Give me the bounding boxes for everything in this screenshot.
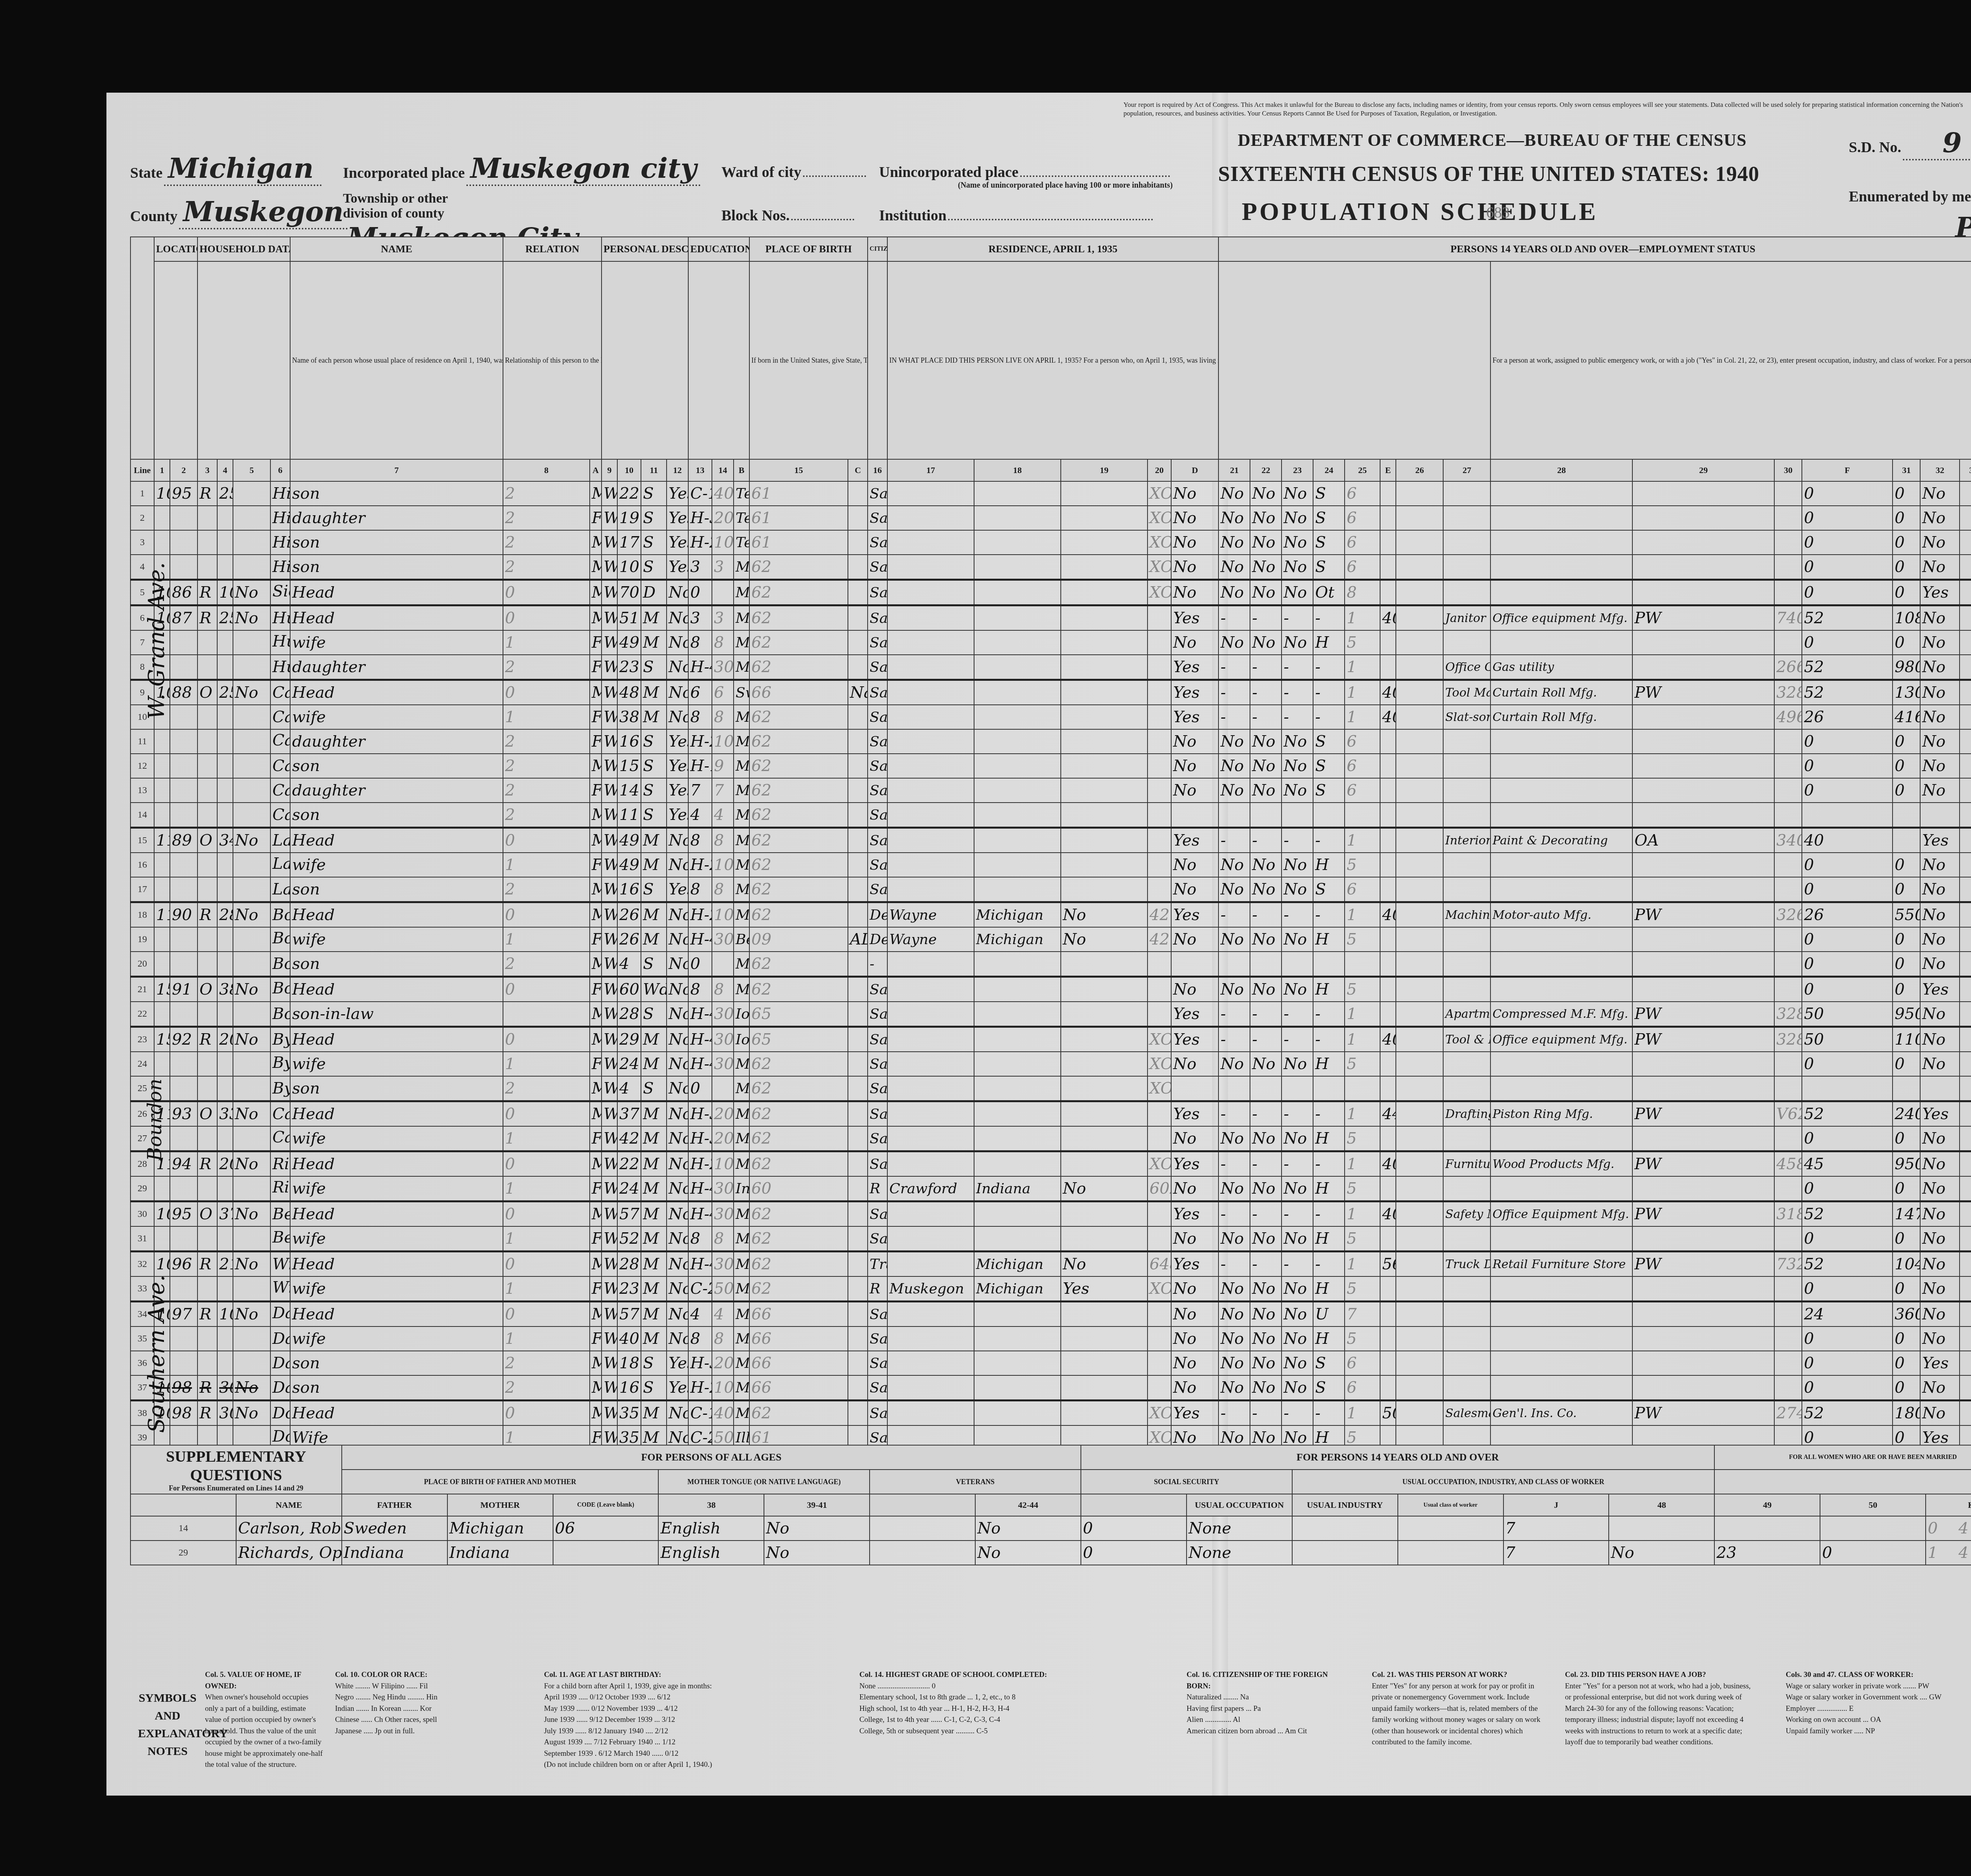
cell-c23: No xyxy=(1250,1126,1282,1151)
cell-res-county xyxy=(887,1052,974,1076)
stamp-number: 683 xyxy=(1486,203,1510,222)
cell-sex: M xyxy=(590,580,602,605)
cell-school: No xyxy=(667,1401,688,1426)
cell-c22: No xyxy=(1218,580,1250,605)
cell-code-e: 5 xyxy=(1345,927,1380,952)
cell-tenure xyxy=(197,754,217,778)
cell-c23: - xyxy=(1250,1401,1282,1426)
cell-birthplace: Indiana xyxy=(734,1176,749,1202)
person-name: Davis, Marion xyxy=(272,1304,290,1322)
cell-c32: 1475 xyxy=(1893,1202,1920,1227)
table-row: 14Carlson, Robertson2MW11SYes44Michigan6… xyxy=(130,803,1971,828)
person-name: Hicks, Robert xyxy=(272,533,290,551)
cell-code-f xyxy=(1774,1052,1802,1076)
cell-code-b: 10 xyxy=(712,1375,734,1401)
cell-value: 10 xyxy=(217,1302,233,1327)
cell-code-c: 62 xyxy=(749,1252,848,1277)
cell-c24: - xyxy=(1282,1202,1313,1227)
cell-sex: M xyxy=(590,1101,602,1127)
cell-res-city: Same House xyxy=(868,1226,887,1252)
cell-farm35 xyxy=(1061,705,1148,729)
person-name: Dornbos, Vivian xyxy=(272,1427,290,1446)
cell-name: Hicks, Miltonad xyxy=(270,481,290,506)
cell-citizenship xyxy=(848,530,868,555)
cell-c23: - xyxy=(1250,1252,1282,1277)
cell-age: 42 xyxy=(617,1126,641,1151)
cell-c26 xyxy=(1380,506,1396,530)
cell-grade: H-2 xyxy=(688,1375,712,1401)
cell-relation: wife xyxy=(290,1052,503,1076)
cell-occupation xyxy=(1443,1276,1490,1302)
cell-res-county xyxy=(887,1027,974,1052)
cell-marital: M xyxy=(641,1252,667,1277)
cell-grade: C-1 xyxy=(688,481,712,506)
cell-occupation xyxy=(1443,729,1490,754)
cell-sex: M xyxy=(590,902,602,928)
cell-sex: M xyxy=(590,680,602,705)
cell-street-no: 1105 xyxy=(154,902,170,928)
cell-res-state xyxy=(974,506,1061,530)
cell-grade: H-3 xyxy=(688,1351,712,1375)
all-ages-header: FOR PERSONS OF ALL AGES xyxy=(342,1445,1081,1470)
cell-res-state xyxy=(974,1351,1061,1375)
cell-relation: son xyxy=(290,952,503,977)
cell-c26: 40 xyxy=(1380,705,1396,729)
cell-school: Yes xyxy=(667,530,688,555)
cell-grade: H-4 xyxy=(688,1202,712,1227)
cell-code-f xyxy=(1774,803,1802,828)
cell-code-f xyxy=(1774,877,1802,902)
cell-code-a: 2 xyxy=(503,754,590,778)
cell-class xyxy=(1632,530,1774,555)
cell-industry: Gen'l. Ins. Co. xyxy=(1490,1401,1632,1426)
cell-c22: - xyxy=(1218,1101,1250,1127)
cell-value: 2500 xyxy=(217,680,233,705)
incorporated-place-label: Incorporated place xyxy=(343,165,465,181)
name-header: NAME xyxy=(290,237,503,261)
cell-c25: H xyxy=(1313,1126,1345,1151)
table-row: 35Davis, Audreywife1FW40MNo88Missouri66S… xyxy=(130,1326,1971,1351)
cell-race: W xyxy=(602,803,617,828)
cell-age: 16 xyxy=(617,877,641,902)
cell-birthplace: Iowa xyxy=(734,1027,749,1052)
cell-c34 xyxy=(1960,1176,1971,1202)
person-name: Boyle, Josephine xyxy=(272,979,290,997)
birth-instructions: If born in the United States, give State… xyxy=(749,261,868,459)
cell-street-no xyxy=(154,1052,170,1076)
cell-code-b: 10 xyxy=(712,1151,734,1177)
cell-c31: 50 xyxy=(1802,1027,1893,1052)
cell-school: No xyxy=(667,1076,688,1101)
cell-code-a: 1 xyxy=(503,853,590,877)
cell-c23: No xyxy=(1250,1176,1282,1202)
cell-value: 30 xyxy=(217,1401,233,1426)
cell-c24 xyxy=(1282,803,1313,828)
cell-birthplace: Michigan xyxy=(734,803,749,828)
cell-c23: No xyxy=(1250,506,1282,530)
cell-c25: U xyxy=(1313,1302,1345,1327)
cell-code-d xyxy=(1148,803,1171,828)
cell-c24: No xyxy=(1282,754,1313,778)
cell-farm35 xyxy=(1061,1151,1148,1177)
cell-c26: 50 xyxy=(1380,1401,1396,1426)
cell-marital: M xyxy=(641,1276,667,1302)
supp-cell-name: Richards, Opal xyxy=(236,1541,342,1565)
cell-class: PW xyxy=(1632,1252,1774,1277)
person-name: Byro, Donald xyxy=(272,1079,290,1097)
cell-code-d xyxy=(1148,853,1171,877)
cell-c31: 0 xyxy=(1802,1226,1893,1252)
cell-industry xyxy=(1490,580,1632,605)
cell-code-c: 62 xyxy=(749,853,848,877)
cell-c33 xyxy=(1920,803,1960,828)
person-name: Larsen, Julius xyxy=(272,831,290,850)
cell-class xyxy=(1632,1076,1774,1101)
cell-industry xyxy=(1490,977,1632,1002)
cell-value: 25 xyxy=(217,605,233,631)
cell-c27 xyxy=(1396,555,1443,580)
cell-tenure xyxy=(197,1176,217,1202)
cell-class xyxy=(1632,1226,1774,1252)
cell-code-e: 1 xyxy=(1345,1401,1380,1426)
column-number: 6 xyxy=(270,459,290,481)
cell-grade: H-3 xyxy=(688,1101,712,1127)
cell-c34 xyxy=(1960,555,1971,580)
cell-school: Yes xyxy=(667,778,688,803)
cell-c22: - xyxy=(1218,828,1250,853)
table-row: 19Boksai, Delphinexwife1FW26MNoH-430Belg… xyxy=(130,927,1971,952)
cell-grade: H-4 xyxy=(688,1052,712,1076)
cell-age: 16 xyxy=(617,1375,641,1401)
cell-c27 xyxy=(1396,803,1443,828)
cell-c24: No xyxy=(1282,1326,1313,1351)
cell-race: W xyxy=(602,481,617,506)
cell-farm35 xyxy=(1061,655,1148,680)
column-number: 10 xyxy=(617,459,641,481)
cell-name: Davis, Leon xyxy=(270,1351,290,1375)
cell-res-county xyxy=(887,877,974,902)
table-row: 16Larsen, Sadiexwife1FW49MNoH-210Michiga… xyxy=(130,853,1971,877)
cell-farm35 xyxy=(1061,605,1148,631)
cell-age: 57 xyxy=(617,1302,641,1327)
cell-tenure xyxy=(197,1052,217,1076)
cell-value xyxy=(217,778,233,803)
cell-farm35 xyxy=(1061,481,1148,506)
cell-farm: No xyxy=(233,605,270,631)
cell-marital: M xyxy=(641,1326,667,1351)
cell-birthplace: Michigan xyxy=(734,977,749,1002)
line-number: 20 xyxy=(130,952,154,977)
cell-marital: M xyxy=(641,1302,667,1327)
cell-c21: Yes xyxy=(1171,1202,1218,1227)
table-row: 18110590R28NoBoksai, StevenHead0MW26MNoH… xyxy=(130,902,1971,928)
cell-visit xyxy=(170,952,197,977)
cell-c27 xyxy=(1396,1252,1443,1277)
cell-school: Yes xyxy=(667,506,688,530)
cell-code-b: 8 xyxy=(712,705,734,729)
cell-c26: 40 xyxy=(1380,1027,1396,1052)
cell-marital: S xyxy=(641,481,667,506)
cell-sex: F xyxy=(590,506,602,530)
person-name: Byro, Charlotte xyxy=(272,1054,290,1072)
sd-value: 9 xyxy=(1903,126,1971,160)
cell-industry xyxy=(1490,1302,1632,1327)
cell-farm35 xyxy=(1061,1101,1148,1127)
cell-farm xyxy=(233,481,270,506)
cell-age: 11 xyxy=(617,803,641,828)
cell-farm xyxy=(233,1126,270,1151)
county-field: County Muskegon xyxy=(130,195,348,229)
cell-c27 xyxy=(1396,853,1443,877)
cell-class xyxy=(1632,481,1774,506)
cell-c24: - xyxy=(1282,605,1313,631)
cell-c22: No xyxy=(1218,877,1250,902)
cell-marital: S xyxy=(641,555,667,580)
cell-code-d xyxy=(1148,1002,1171,1027)
cell-sex: F xyxy=(590,1276,602,1302)
unincorporated-field: Unincorporated place (Name of unincorpor… xyxy=(879,164,1173,190)
supp-cell-c39: No xyxy=(764,1541,870,1565)
cell-street-no xyxy=(154,952,170,977)
cell-code-c: 62 xyxy=(749,754,848,778)
cell-res-city: Same House xyxy=(868,828,887,853)
supplementary-title: SUPPLEMENTARY QUESTIONS For Persons Enum… xyxy=(130,1445,342,1494)
cell-code-e: 5 xyxy=(1345,1176,1380,1202)
cell-c21: Yes xyxy=(1171,1252,1218,1277)
block-label: Block Nos. xyxy=(721,207,790,224)
location-header: LOCATION xyxy=(154,237,197,261)
cell-sex: M xyxy=(590,1375,602,1401)
cell-name: Boyle, Clyde xyxy=(270,1002,290,1027)
cell-relation: wife xyxy=(290,927,503,952)
cell-c31: 0 xyxy=(1802,778,1893,803)
cell-farm xyxy=(233,655,270,680)
cell-code-b xyxy=(712,1076,734,1101)
cell-c22: No xyxy=(1218,1052,1250,1076)
cell-c32: 0 xyxy=(1893,853,1920,877)
cell-c34 xyxy=(1960,977,1971,1002)
cell-farm35 xyxy=(1061,1126,1148,1151)
cell-c21: No xyxy=(1171,481,1218,506)
cell-c23: - xyxy=(1250,828,1282,853)
cell-birthplace: Sweden xyxy=(734,680,749,705)
cell-farm: No xyxy=(233,680,270,705)
cell-relation: wife xyxy=(290,1226,503,1252)
line-number: 32 xyxy=(130,1252,154,1277)
cell-farm35 xyxy=(1061,754,1148,778)
cell-code-a: 1 xyxy=(503,1052,590,1076)
cell-c24: - xyxy=(1282,1002,1313,1027)
cell-c24: No xyxy=(1282,530,1313,555)
cell-code-f xyxy=(1774,1176,1802,1202)
cell-c31 xyxy=(1802,803,1893,828)
cell-c33: No xyxy=(1920,927,1960,952)
cell-code-a: 1 xyxy=(503,630,590,655)
cell-tenure: R xyxy=(197,1027,217,1052)
cell-c33: No xyxy=(1920,481,1960,506)
cell-birthplace: Michigan xyxy=(734,1101,749,1127)
cell-school: No xyxy=(667,1252,688,1277)
cell-occupation xyxy=(1443,1375,1490,1401)
cell-code-a: 2 xyxy=(503,803,590,828)
cell-name: Richards, Henry xyxy=(270,1151,290,1177)
cell-c25: H xyxy=(1313,1052,1345,1076)
cell-code-a: 2 xyxy=(503,481,590,506)
cell-res-county xyxy=(887,1326,974,1351)
cell-res-county xyxy=(887,680,974,705)
cell-c22: - xyxy=(1218,1202,1250,1227)
cell-race: W xyxy=(602,877,617,902)
cell-res-county xyxy=(887,1002,974,1027)
cell-code-d xyxy=(1148,1351,1171,1375)
cell-c22: No xyxy=(1218,506,1250,530)
cell-grade: 8 xyxy=(688,630,712,655)
cell-c27 xyxy=(1396,877,1443,902)
cell-marital: M xyxy=(641,1401,667,1426)
cell-school: No xyxy=(667,1052,688,1076)
cell-occupation xyxy=(1443,853,1490,877)
person-name: Boksai, Delphine xyxy=(272,929,290,947)
cell-code-e: 6 xyxy=(1345,530,1380,555)
line-number: 12 xyxy=(130,754,154,778)
supp-cell-tongue: English xyxy=(658,1516,764,1541)
cell-sex: M xyxy=(590,1002,602,1027)
cell-code-d xyxy=(1148,1326,1171,1351)
cell-c24: No xyxy=(1282,778,1313,803)
cell-res-county xyxy=(887,481,974,506)
cell-marital: S xyxy=(641,877,667,902)
cell-c24: - xyxy=(1282,828,1313,853)
cell-age: 16 xyxy=(617,729,641,754)
person-name: Richards, Henry xyxy=(272,1155,290,1173)
cell-c26 xyxy=(1380,803,1396,828)
cell-code-e: 5 xyxy=(1345,1126,1380,1151)
cell-code-a: 2 xyxy=(503,877,590,902)
cell-industry xyxy=(1490,754,1632,778)
cell-birthplace: Michigan xyxy=(734,729,749,754)
cell-c23: - xyxy=(1250,902,1282,928)
cell-c25: S xyxy=(1313,506,1345,530)
cell-c23: - xyxy=(1250,1101,1282,1127)
cell-occupation xyxy=(1443,580,1490,605)
cell-c33: No xyxy=(1920,1002,1960,1027)
cell-farm xyxy=(233,530,270,555)
cell-c25: - xyxy=(1313,1252,1345,1277)
cell-c31: 24 xyxy=(1802,1302,1893,1327)
cell-c25: H xyxy=(1313,630,1345,655)
cell-c24: No xyxy=(1282,729,1313,754)
cell-code-b: 30 xyxy=(712,1252,734,1277)
cell-c27 xyxy=(1396,1375,1443,1401)
cell-citizenship xyxy=(848,1002,868,1027)
cell-res-state xyxy=(974,1052,1061,1076)
cell-c34 xyxy=(1960,1101,1971,1127)
cell-code-a: 1 xyxy=(503,705,590,729)
cell-c27 xyxy=(1396,952,1443,977)
cell-citizenship xyxy=(848,705,868,729)
cell-farm35: No xyxy=(1061,1252,1148,1277)
cell-value: 20 xyxy=(217,1151,233,1177)
cell-sex: F xyxy=(590,927,602,952)
cell-name: Hulburt, Roberta xyxy=(270,655,290,680)
cell-visit: 87 xyxy=(170,605,197,631)
table-row: 6108787R25NoHulburt, JeromeHead0MW51MNo3… xyxy=(130,605,1971,631)
cell-birthplace: Michigan xyxy=(734,630,749,655)
cell-c32: 416 xyxy=(1893,705,1920,729)
cell-c31: 52 xyxy=(1802,1101,1893,1127)
cell-sex: F xyxy=(590,1126,602,1151)
cell-code-c: 62 xyxy=(749,778,848,803)
cell-race: W xyxy=(602,555,617,580)
cell-c21: No xyxy=(1171,1375,1218,1401)
cell-code-d xyxy=(1148,952,1171,977)
column-number: E xyxy=(1380,459,1396,481)
cell-grade: H-4 xyxy=(688,1002,712,1027)
cell-c21: No xyxy=(1171,630,1218,655)
cell-c33: No xyxy=(1920,530,1960,555)
cell-code-a: 0 xyxy=(503,680,590,705)
cell-sex: M xyxy=(590,754,602,778)
cell-occupation: Janitor xyxy=(1443,605,1490,631)
cell-school: No xyxy=(667,902,688,928)
cell-c27 xyxy=(1396,729,1443,754)
cell-value xyxy=(217,1276,233,1302)
cell-race: W xyxy=(602,605,617,631)
unincorporated-note: (Name of unincorporated place having 100… xyxy=(958,181,1173,190)
column-number: 18 xyxy=(974,459,1061,481)
cell-c23: - xyxy=(1250,1202,1282,1227)
cell-race: W xyxy=(602,1052,617,1076)
cell-age: 57 xyxy=(617,1202,641,1227)
cell-marital: M xyxy=(641,605,667,631)
cell-street-no xyxy=(154,778,170,803)
cell-marital: S xyxy=(641,754,667,778)
cell-birthplace: Michigan xyxy=(734,902,749,928)
cell-c31: 0 xyxy=(1802,1052,1893,1076)
cell-c21 xyxy=(1171,803,1218,828)
cell-c21: No xyxy=(1171,877,1218,902)
cell-res-state: Michigan xyxy=(974,927,1061,952)
cell-street-no: 1096 xyxy=(154,1252,170,1277)
cell-c34 xyxy=(1960,828,1971,853)
cell-c33: Yes xyxy=(1920,580,1960,605)
cell-farm xyxy=(233,1052,270,1076)
cell-c32: 1300 xyxy=(1893,680,1920,705)
column-number: 28 xyxy=(1490,459,1632,481)
cell-code-c: 62 xyxy=(749,580,848,605)
cell-c23: No xyxy=(1250,580,1282,605)
cell-age: 28 xyxy=(617,1252,641,1277)
supp-cell-code-g xyxy=(553,1541,659,1565)
cell-marital: M xyxy=(641,1126,667,1151)
cell-code-d: XOXO xyxy=(1148,1052,1171,1076)
cell-res-city: Same House xyxy=(868,877,887,902)
block-field: Block Nos. xyxy=(721,207,854,224)
cell-sex: M xyxy=(590,1027,602,1052)
cell-c22: No xyxy=(1218,927,1250,952)
cell-code-e: 1 xyxy=(1345,1101,1380,1127)
cell-visit: 92 xyxy=(170,1027,197,1052)
cell-c32 xyxy=(1893,1076,1920,1101)
cell-marital: S xyxy=(641,803,667,828)
cell-farm xyxy=(233,853,270,877)
cell-street-no: 1105 xyxy=(154,828,170,853)
cell-tenure xyxy=(197,1326,217,1351)
cell-c27 xyxy=(1396,1027,1443,1052)
cell-code-f: 328 17 1 xyxy=(1774,1002,1802,1027)
cell-name: Carlson, Robert xyxy=(270,803,290,828)
cell-relation: Head xyxy=(290,828,503,853)
